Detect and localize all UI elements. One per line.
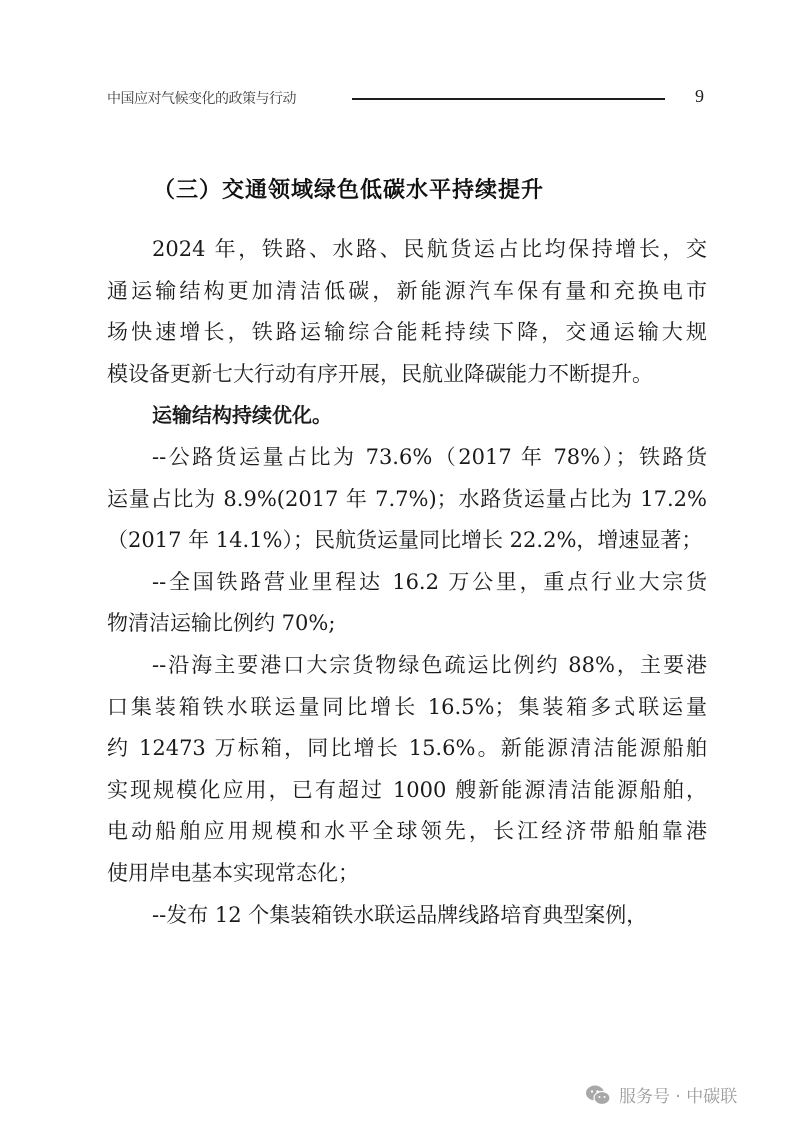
paragraph-line: --全国铁路营业里程达 16.2 万公里，重点行业大宗货 xyxy=(107,562,707,604)
paragraph-line: 电动船舶应用规模和水平全球领先，长江经济带船舶靠港 xyxy=(107,811,707,853)
section-heading: （三）交通领域绿色低碳水平持续提升 xyxy=(153,173,544,204)
paragraph-line: 场快速增长，铁路运输综合能耗持续下降，交通运输大规 xyxy=(107,312,707,354)
body-text: 2024 年，铁路、水路、民航货运占比均保持增长，交 通运输结构更加清洁低碳，新… xyxy=(107,229,707,936)
running-title: 中国应对气候变化的政策与行动 xyxy=(107,88,296,108)
paragraph-line: 实现规模化应用，已有超过 1000 艘新能源清洁能源船舶， xyxy=(107,770,707,812)
page-number: 9 xyxy=(695,86,704,107)
paragraph-line: --沿海主要港口大宗货物绿色疏运比例约 88%，主要港 xyxy=(107,645,707,687)
paragraph-line: 模设备更新七大行动有序开展，民航业降碳能力不断提升。 xyxy=(107,354,707,396)
paragraph-line: --发布 12 个集装箱铁水联运品牌线路培育典型案例， xyxy=(107,895,707,937)
paragraph-line: （2017 年 14.1%）；民航货运量同比增长 22.2%，增速显著； xyxy=(107,520,707,562)
watermark-text: 服务号 · 中碳联 xyxy=(619,1082,737,1107)
watermark: 服务号 · 中碳联 xyxy=(585,1082,737,1107)
subheading: 运输结构持续优化。 xyxy=(107,395,707,437)
running-header: 中国应对气候变化的政策与行动 9 xyxy=(107,86,707,112)
paragraph-line: 物清洁运输比例约 70%; xyxy=(107,603,707,645)
paragraph-line: 通运输结构更加清洁低碳，新能源汽车保有量和充换电市 xyxy=(107,271,707,313)
paragraph-line: 口集装箱铁水联运量同比增长 16.5%；集装箱多式联运量 xyxy=(107,687,707,729)
paragraph-line: 使用岸电基本实现常态化； xyxy=(107,853,707,895)
header-rule xyxy=(352,98,665,100)
wechat-icon xyxy=(585,1084,611,1106)
paragraph-line: 约 12473 万标箱，同比增长 15.6%。新能源清洁能源船舶 xyxy=(107,728,707,770)
paragraph-line: 2024 年，铁路、水路、民航货运占比均保持增长，交 xyxy=(107,229,707,271)
paragraph-line: 运量占比为 8.9%(2017 年 7.7%)；水路货运量占比为 17.2% xyxy=(107,479,707,521)
paragraph-line: --公路货运量占比为 73.6%（2017 年 78%）；铁路货 xyxy=(107,437,707,479)
